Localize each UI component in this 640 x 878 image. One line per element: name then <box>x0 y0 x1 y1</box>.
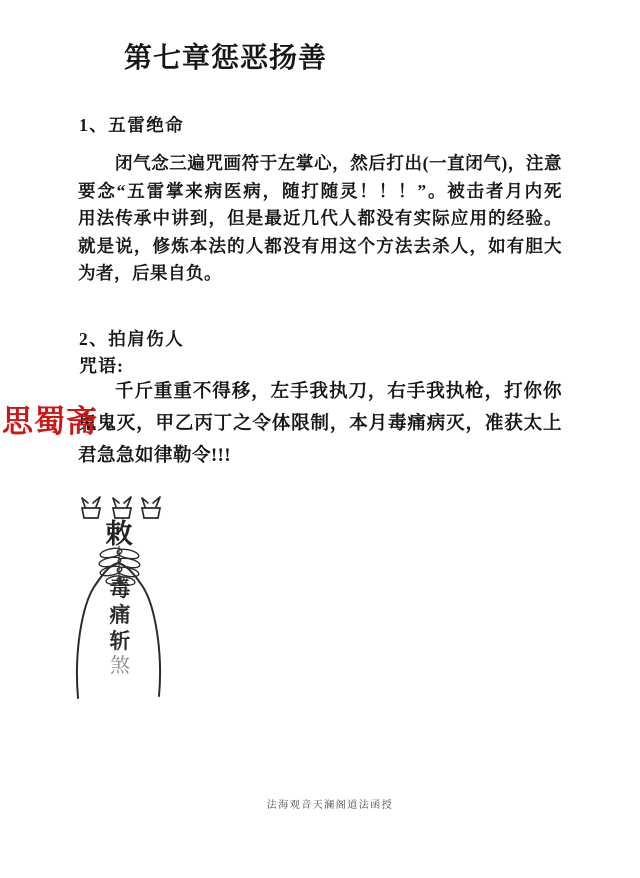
incantation-line: 千斤重重不得移，左手我执刀，右手我执枪，打你你死，打 <box>78 376 562 408</box>
incantation-line: 鬼鬼灭，甲乙丙丁之令体限制，本月毒痛病灭，准获太上老 <box>78 408 562 440</box>
talisman-char: 斩 <box>110 629 131 653</box>
section-2-heading: 2、拍肩伤人 <box>79 326 184 351</box>
incantation-line: 君急急如律勒令!!! <box>78 440 562 472</box>
paragraph-line: 要念“五雷掌来病医病，随打随灵！！！”。被击者月内死亡。此 <box>78 178 562 206</box>
section-1-heading: 1、五雷绝命 <box>79 112 184 137</box>
talisman-char: 痛 <box>110 603 131 627</box>
paragraph-line: 用法传承中讲到，但是最近几代人都没有实际应用的经验。也 <box>78 205 562 233</box>
footer-note: 法海观音天澜阁道法函授 <box>0 796 640 811</box>
crown-icon <box>142 497 160 518</box>
paragraph-line: 为者，后果自负。 <box>78 260 562 288</box>
section-1-paragraph: 闭气念三遍咒画符于左掌心，然后打出(一直闭气)，注意不 要念“五雷掌来病医病，随… <box>78 150 562 288</box>
talisman-char: 毒 <box>110 577 131 601</box>
talisman-drawing: 敕 毒 痛 斩 煞 <box>60 490 180 710</box>
red-watermark-stamp: 思蜀斋 <box>2 396 98 441</box>
incantation-paragraph: 千斤重重不得移，左手我执刀，右手我执枪，打你你死，打 鬼鬼灭，甲乙丙丁之令体限制… <box>78 376 562 472</box>
crown-icon <box>82 497 100 518</box>
paragraph-line: 就是说，修炼本法的人都没有用这个方法去杀人，如有胆大妄 <box>78 233 562 261</box>
document-page: 第七章惩恶扬善 1、五雷绝命 闭气念三遍咒画符于左掌心，然后打出(一直闭气)，注… <box>0 0 640 878</box>
incantation-label: 咒语: <box>79 352 124 378</box>
talisman-char: 煞 <box>110 654 130 677</box>
crown-icon <box>113 497 131 518</box>
paragraph-line: 闭气念三遍咒画符于左掌心，然后打出(一直闭气)，注意不 <box>78 150 562 178</box>
page-title: 第七章惩恶扬善 <box>124 36 327 76</box>
talisman-command-char: 敕 <box>106 519 134 549</box>
